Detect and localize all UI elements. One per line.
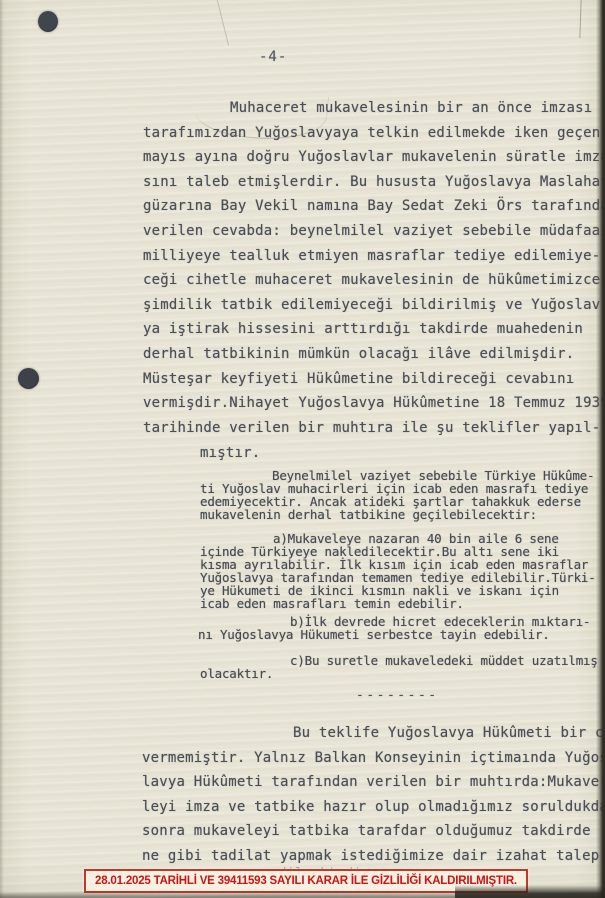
paper-crease-top — [216, 0, 229, 45]
paragraph-response: Bu teklife Yuğoslavya Hükûmeti bir cevab… — [142, 721, 605, 869]
paper-crease-top-right — [579, 0, 581, 38]
scan-corner-shadow — [455, 885, 605, 898]
list-item-c: c)Bu suretle mukaveledeki müddet uzatılm… — [200, 655, 598, 681]
punch-hole-middle — [18, 368, 39, 389]
paragraph-intro: Muhaceret mukavelesinin bir an önce imza… — [143, 96, 605, 440]
scan-edge-right — [596, 0, 605, 898]
dash-separator: -------- — [356, 688, 439, 703]
paragraph-proposal-intro: Beynelmilel vaziyet sebebile Türkiye Hük… — [200, 470, 594, 522]
scanned-document-page: -4- Muhaceret mukavelesinin bir an önce … — [0, 0, 605, 898]
punch-hole-top — [38, 11, 58, 32]
list-item-b: b)İlk devrede hicret edeceklerin mıktarı… — [198, 616, 590, 642]
scan-edge-left — [0, 0, 4, 898]
paragraph-intro-last-line: mıştır. — [200, 441, 260, 466]
list-item-a: a)Mukaveleye nazaran 40 bin aile 6 sene … — [200, 533, 596, 610]
page-number: -4- — [259, 49, 287, 65]
